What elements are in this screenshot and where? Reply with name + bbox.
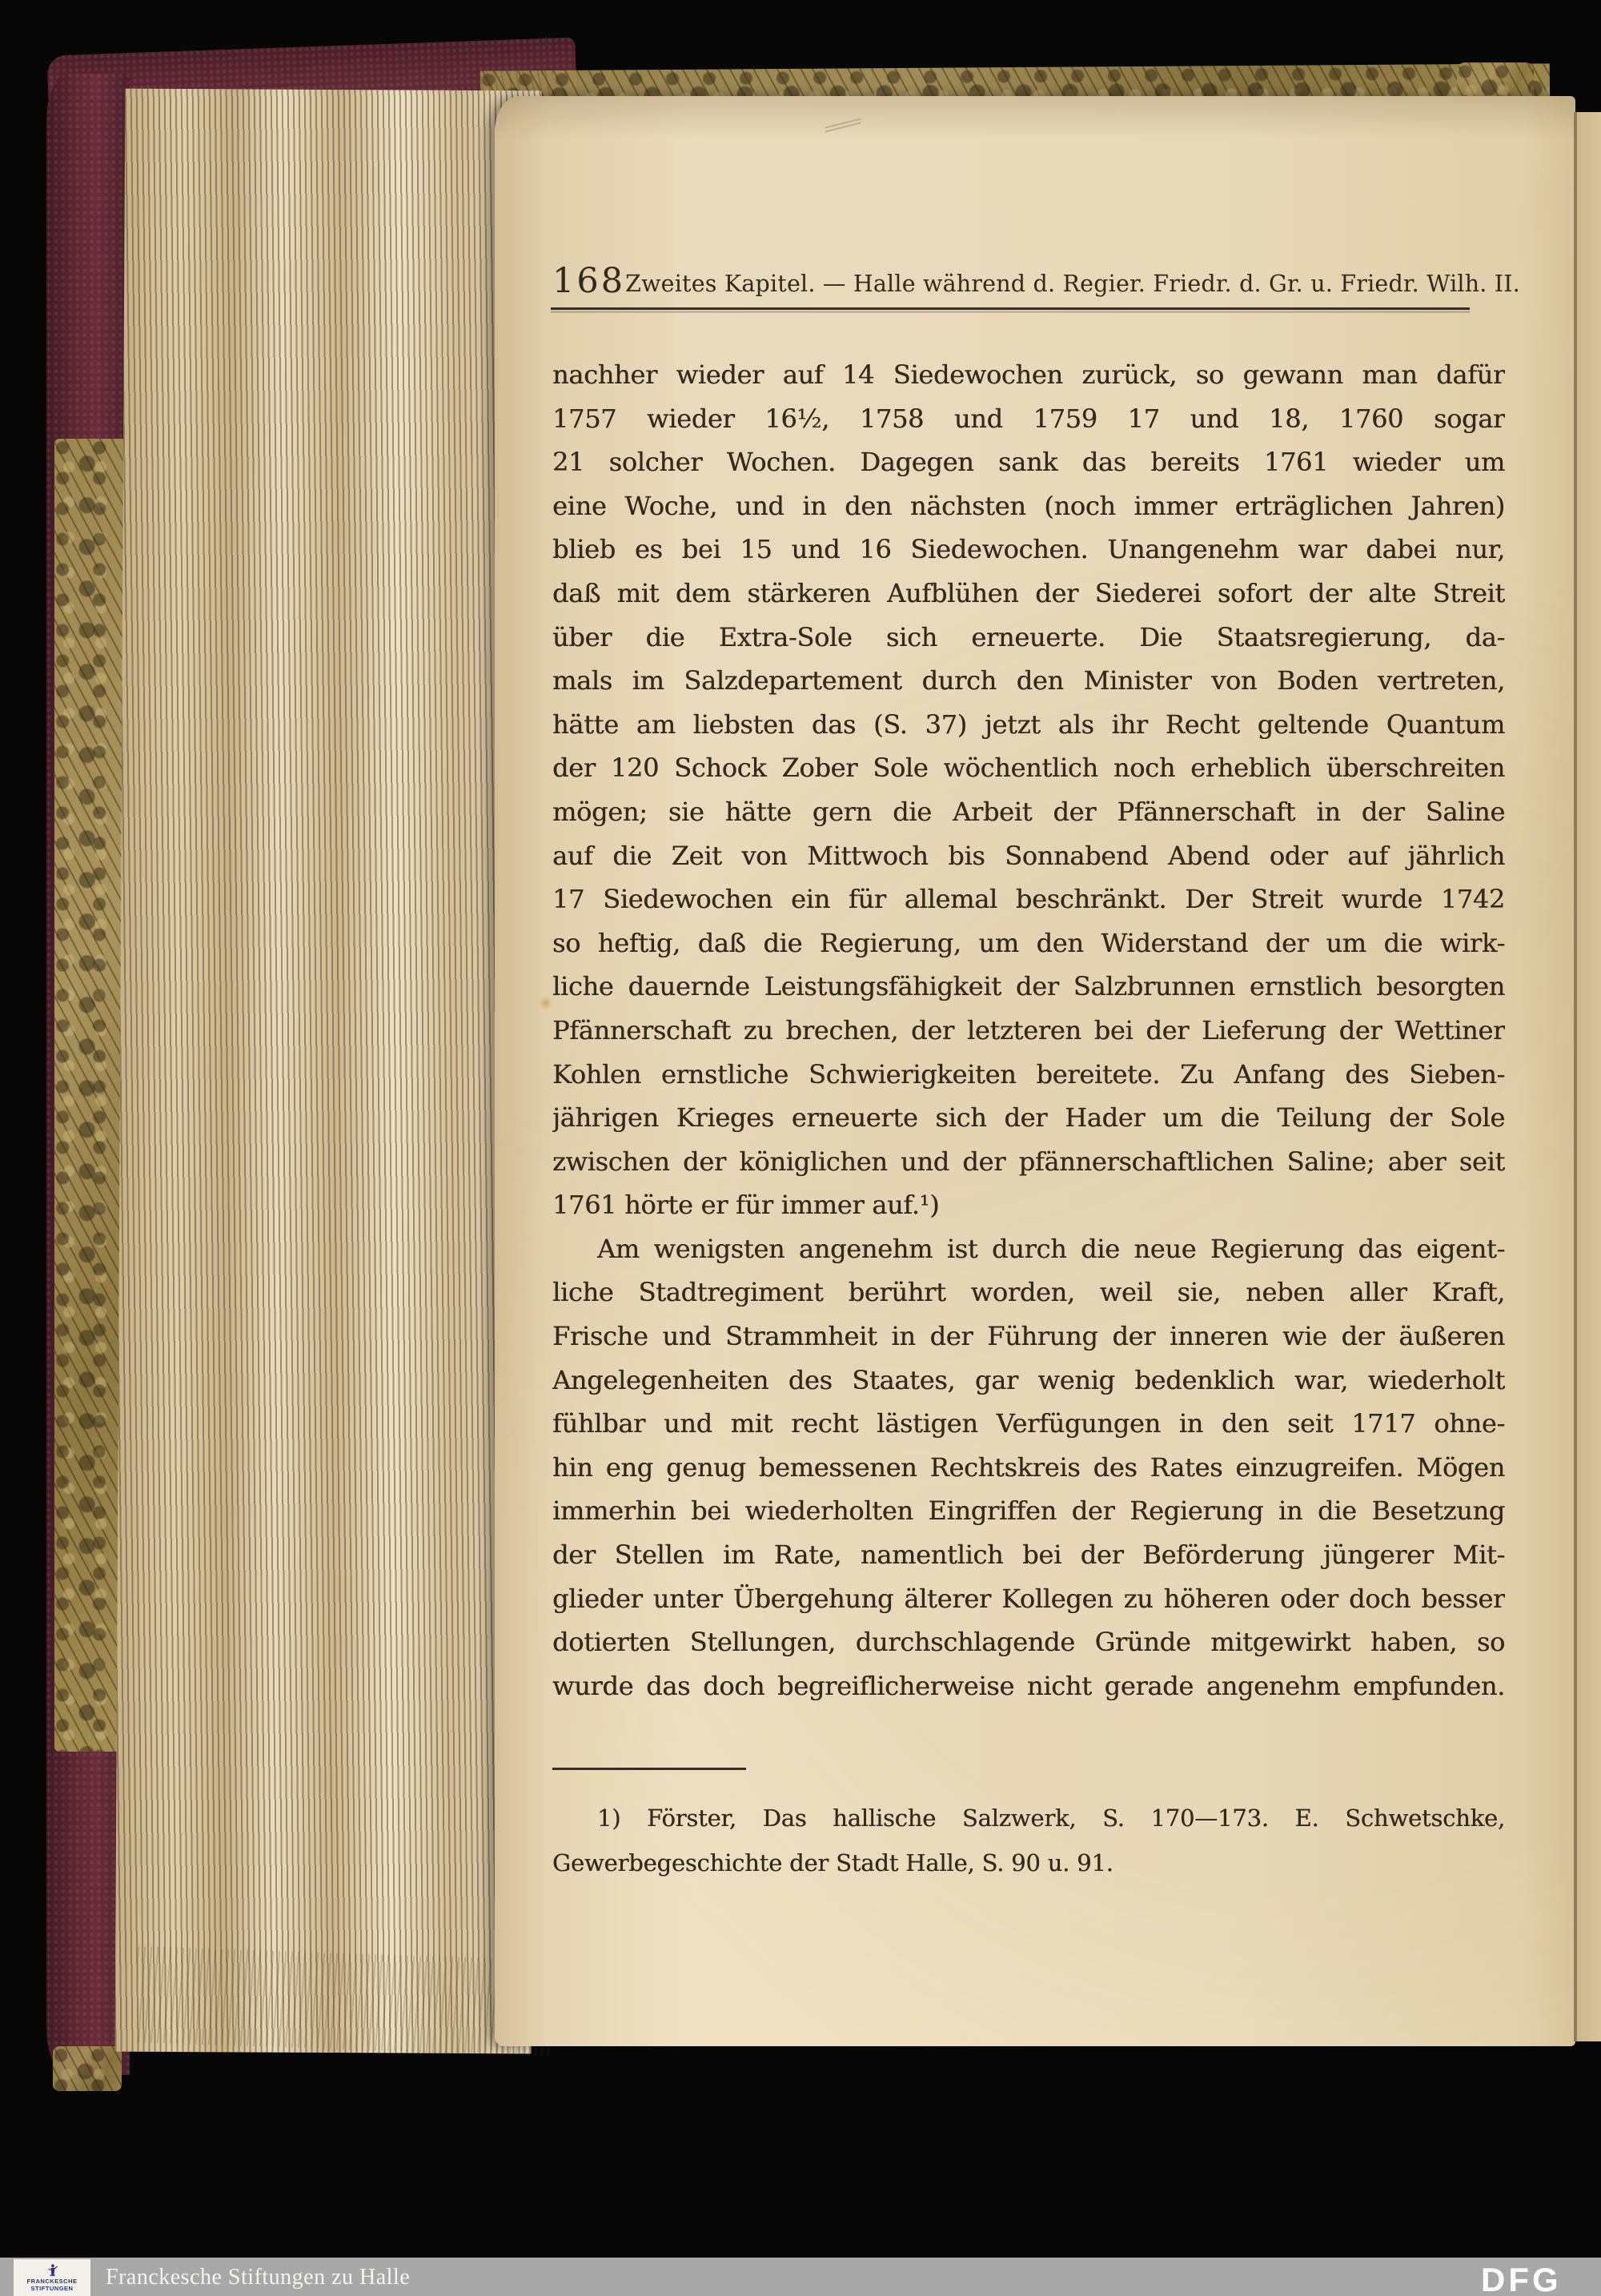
body-line-20: 1761 hörte er für immer auf.¹) <box>552 1183 1505 1227</box>
body-line-30: dotierten Stellungen, durchschlagende Gr… <box>552 1620 1505 1664</box>
next-page-edge <box>1574 112 1601 2041</box>
body-line-22: liche Stadtregiment berührt worden, weil… <box>552 1270 1505 1315</box>
body-line-10: der 120 Schock Zober Sole wöchentlich no… <box>552 746 1505 790</box>
body-line-28: der Stellen im Rate, namentlich bei der … <box>552 1533 1505 1577</box>
body-line-18: jährigen Krieges erneuerte sich der Hade… <box>552 1096 1505 1140</box>
body-line-17: Kohlen ernstliche Schwierigkeiten bereit… <box>552 1053 1505 1097</box>
marbled-scrap-bottom <box>53 2046 122 2091</box>
page-stack-bottom-fan <box>134 1946 554 2057</box>
body-line-2: 1757 wieder 16½, 1758 und 1759 17 und 18… <box>552 397 1505 441</box>
body-line-1: nachher wieder auf 14 Siedewochen zurück… <box>552 353 1505 397</box>
body-line-13: 17 Siedewochen ein für allemal beschränk… <box>552 877 1505 921</box>
body-line-12: auf die Zeit von Mittwoch bis Sonnabend … <box>552 834 1505 878</box>
pencil-mark <box>825 120 861 128</box>
footnote-separator-rule <box>552 1768 746 1770</box>
body-line-14: so heftig, daß die Regierung, um den Wid… <box>552 921 1505 965</box>
body-line-15: liche dauernde Leistungsfähigkeit der Sa… <box>552 965 1505 1009</box>
body-line-16: Pfännerschaft zu brechen, der letzteren … <box>552 1009 1505 1053</box>
footnote-block: 1) Förster, Das hallische Salzwerk, S. 1… <box>552 1796 1505 1885</box>
body-line-23: Frische und Strammheit in der Führung de… <box>552 1315 1505 1359</box>
body-line-11: mögen; sie hätte gern die Arbeit der Pfä… <box>552 790 1505 834</box>
franckesche-stiftungen-logo: FRANCKESCHE STIFTUNGEN <box>14 2259 90 2296</box>
body-line-21: Am wenigsten angenehm ist durch die neue… <box>552 1227 1505 1271</box>
body-line-25: fühlbar und mit recht lästigen Verfügung… <box>552 1402 1505 1446</box>
paper-stain <box>540 997 552 1009</box>
body-line-29: glieder unter Übergehung älterer Kollege… <box>552 1577 1505 1621</box>
body-line-3: 21 solcher Wochen. Dagegen sank das bere… <box>552 440 1505 484</box>
dfg-logo: DFG <box>1481 2261 1562 2296</box>
scanned-book-page: 168 Zweites Kapitel. — Halle während d. … <box>0 0 1601 2296</box>
footnote-line-2: Gewerbegeschichte der Stadt Halle, S. 90… <box>552 1840 1505 1885</box>
header-rule <box>551 307 1470 310</box>
body-line-27: immerhin bei wiederholten Eingriffen der… <box>552 1489 1505 1533</box>
body-line-9: hätte am liebsten das (S. 37) jetzt als … <box>552 703 1505 747</box>
institution-name: Franckesche Stiftungen zu Halle <box>106 2265 410 2290</box>
body-line-8: mals im Salzdepartement durch den Minist… <box>552 659 1505 703</box>
body-line-26: hin eng genug bemessenen Rechtskreis des… <box>552 1446 1505 1490</box>
body-line-24: Angelegenheiten des Staates, gar wenig b… <box>552 1359 1505 1403</box>
running-header: 168 Zweites Kapitel. — Halle während d. … <box>552 264 1471 299</box>
body-line-7: über die Extra-Sole sich erneuerte. Die … <box>552 616 1505 660</box>
logo-text: FRANCKESCHE STIFTUNGEN <box>26 2278 77 2292</box>
body-line-5: blieb es bei 15 und 16 Siedewochen. Unan… <box>552 528 1505 572</box>
body-line-4: eine Woche, und in den nächsten (noch im… <box>552 484 1505 528</box>
page-stack-edges <box>115 89 542 2054</box>
running-header-title: Zweites Kapitel. — Halle während d. Regi… <box>625 273 1520 299</box>
footnote-line-1: 1) Förster, Das hallische Salzwerk, S. 1… <box>552 1796 1505 1840</box>
logo-text-line2: STIFTUNGEN <box>26 2286 77 2293</box>
body-line-6: daß mit dem stärkeren Aufblühen der Sied… <box>552 572 1505 616</box>
page-number: 168 <box>552 264 625 299</box>
eagle-emblem-icon <box>46 2263 59 2278</box>
body-text-block: nachher wieder auf 14 Siedewochen zurück… <box>552 353 1505 1708</box>
body-line-31: wurde das doch begreiflicherweise nicht … <box>552 1664 1505 1708</box>
body-line-19: zwischen der königlichen und der pfänner… <box>552 1140 1505 1184</box>
